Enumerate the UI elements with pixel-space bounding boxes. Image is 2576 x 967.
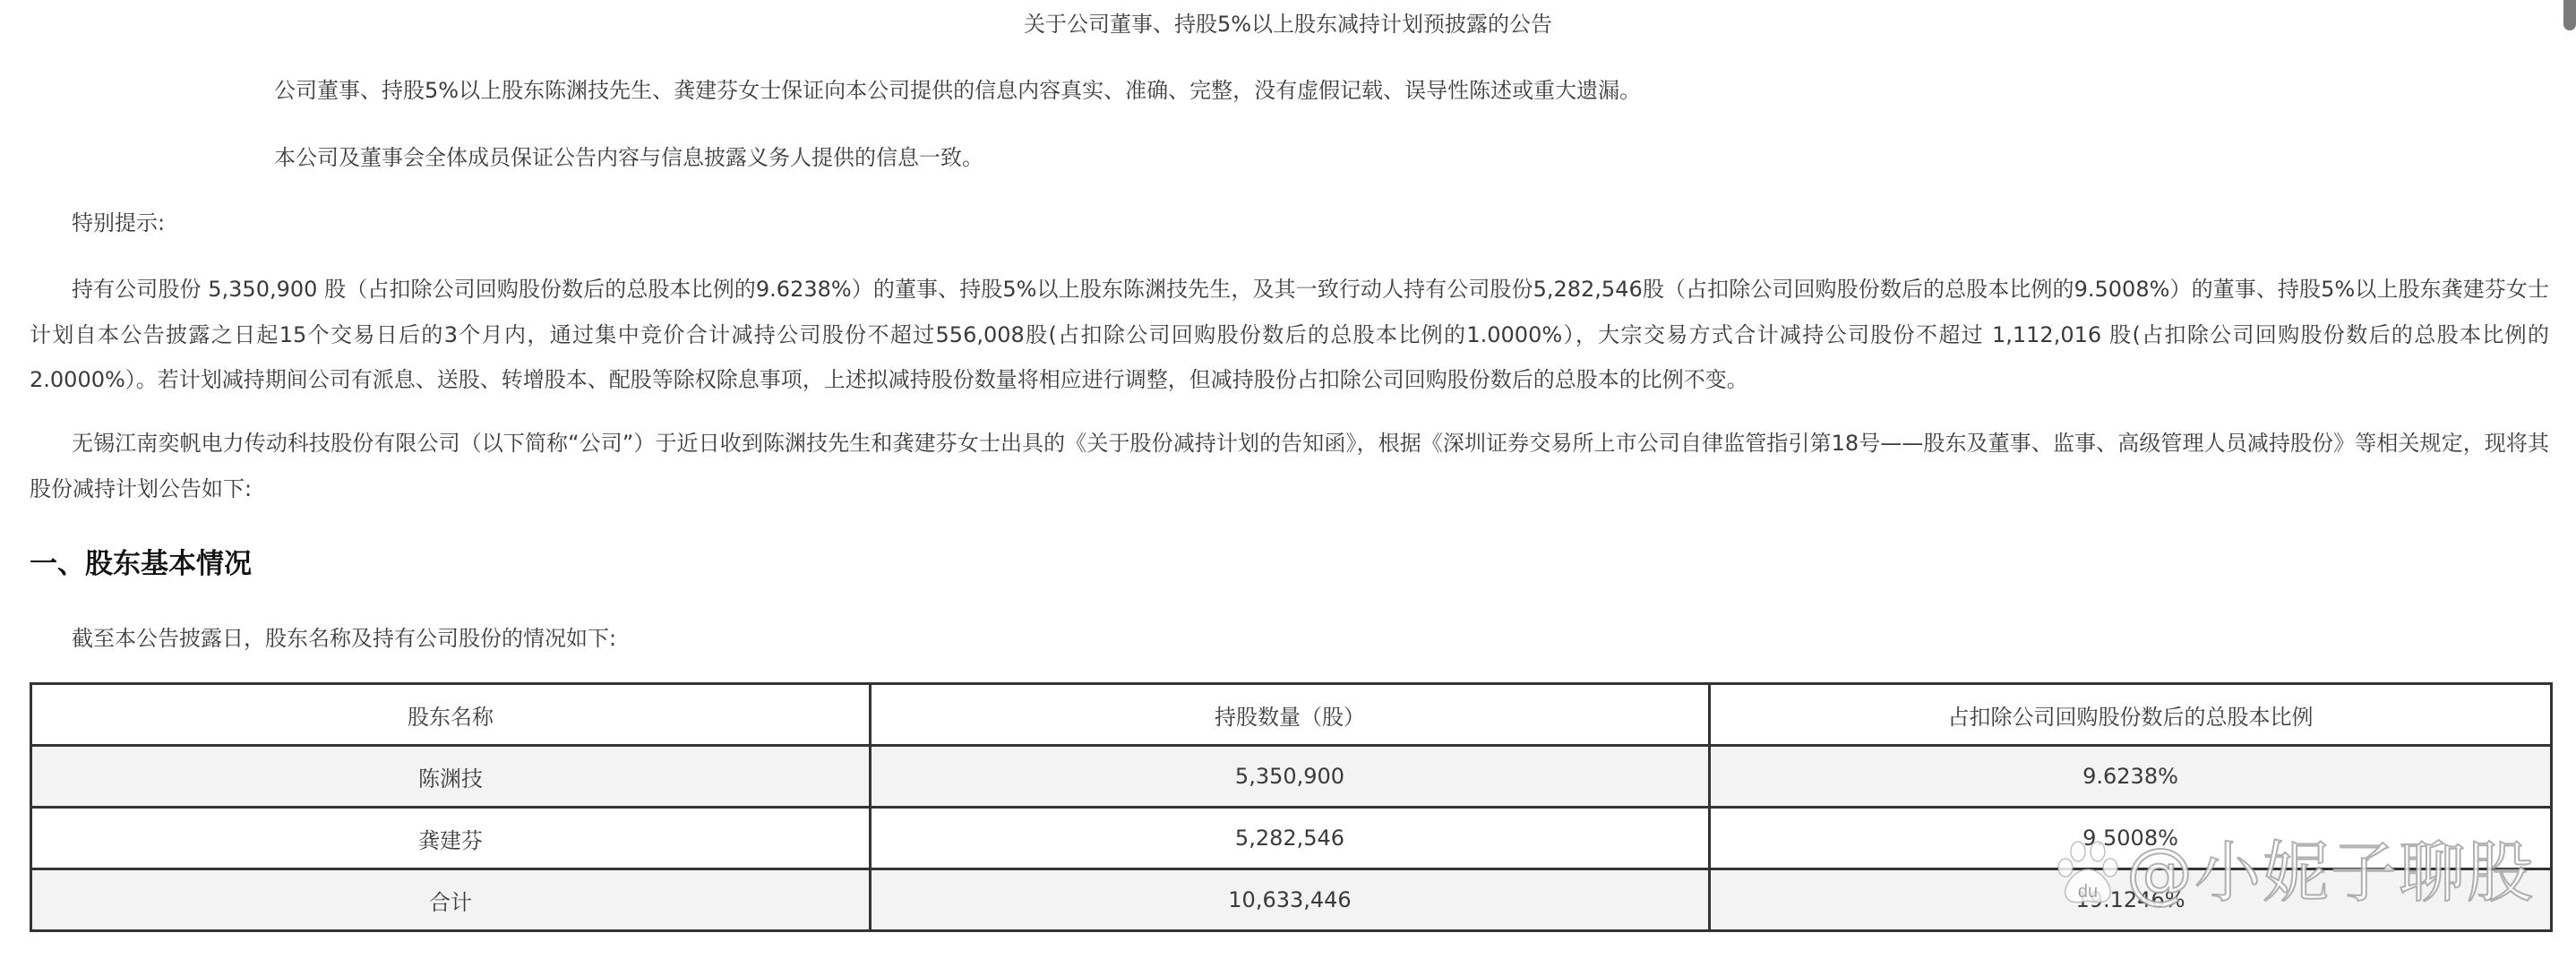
cell-ratio: 9.6238% [1710,746,2552,808]
cell-name: 合计 [31,869,871,931]
cell-name: 陈渊技 [31,746,871,808]
table-header-row: 股东名称 持股数量（股） 占扣除公司回购股份数后的总股本比例 [31,684,2552,746]
statement-line-1: 公司董事、持股5%以上股东陈渊技先生、龚建芬女士保证向本公司提供的信息内容真实、… [274,75,1641,106]
section-heading: 一、股东基本情况 [30,544,252,584]
section-intro: 截至本公告披露日，股东名称及持有公司股份的情况如下: [72,623,616,654]
special-notice-label: 特别提示: [72,208,165,238]
column-header-shares: 持股数量（股） [871,684,1710,746]
statement-line-2: 本公司及董事会全体成员保证公告内容与信息披露义务人提供的信息一致。 [274,142,983,173]
document-title: 关于公司董事、持股5%以上股东减持计划预披露的公告 [0,9,2576,39]
cell-ratio: 19.1246% [1710,869,2552,931]
shareholder-table: 股东名称 持股数量（股） 占扣除公司回购股份数后的总股本比例 陈渊技 5,350… [30,682,2553,932]
cell-shares: 5,282,546 [871,808,1710,869]
cell-ratio: 9.5008% [1710,808,2552,869]
table-row: 龚建芬 5,282,546 9.5008% [31,808,2552,869]
cell-name: 龚建芬 [31,808,871,869]
table-row: 陈渊技 5,350,900 9.6238% [31,746,2552,808]
table-total-row: 合计 10,633,446 19.1246% [31,869,2552,931]
announcement-page: 关于公司董事、持股5%以上股东减持计划预披露的公告 公司董事、持股5%以上股东陈… [0,0,2576,967]
cell-shares: 10,633,446 [871,869,1710,931]
cell-shares: 5,350,900 [871,746,1710,808]
column-header-ratio: 占扣除公司回购股份数后的总股本比例 [1710,684,2552,746]
intro-paragraph: 无锡江南奕帆电力传动科技股份有限公司（以下简称“公司”）于近日收到陈渊技先生和龚… [30,421,2549,511]
column-header-name: 股东名称 [31,684,871,746]
special-notice-paragraph: 持有公司股份 5,350,900 股（占扣除公司回购股份数后的总股本比例的9.6… [30,267,2549,403]
